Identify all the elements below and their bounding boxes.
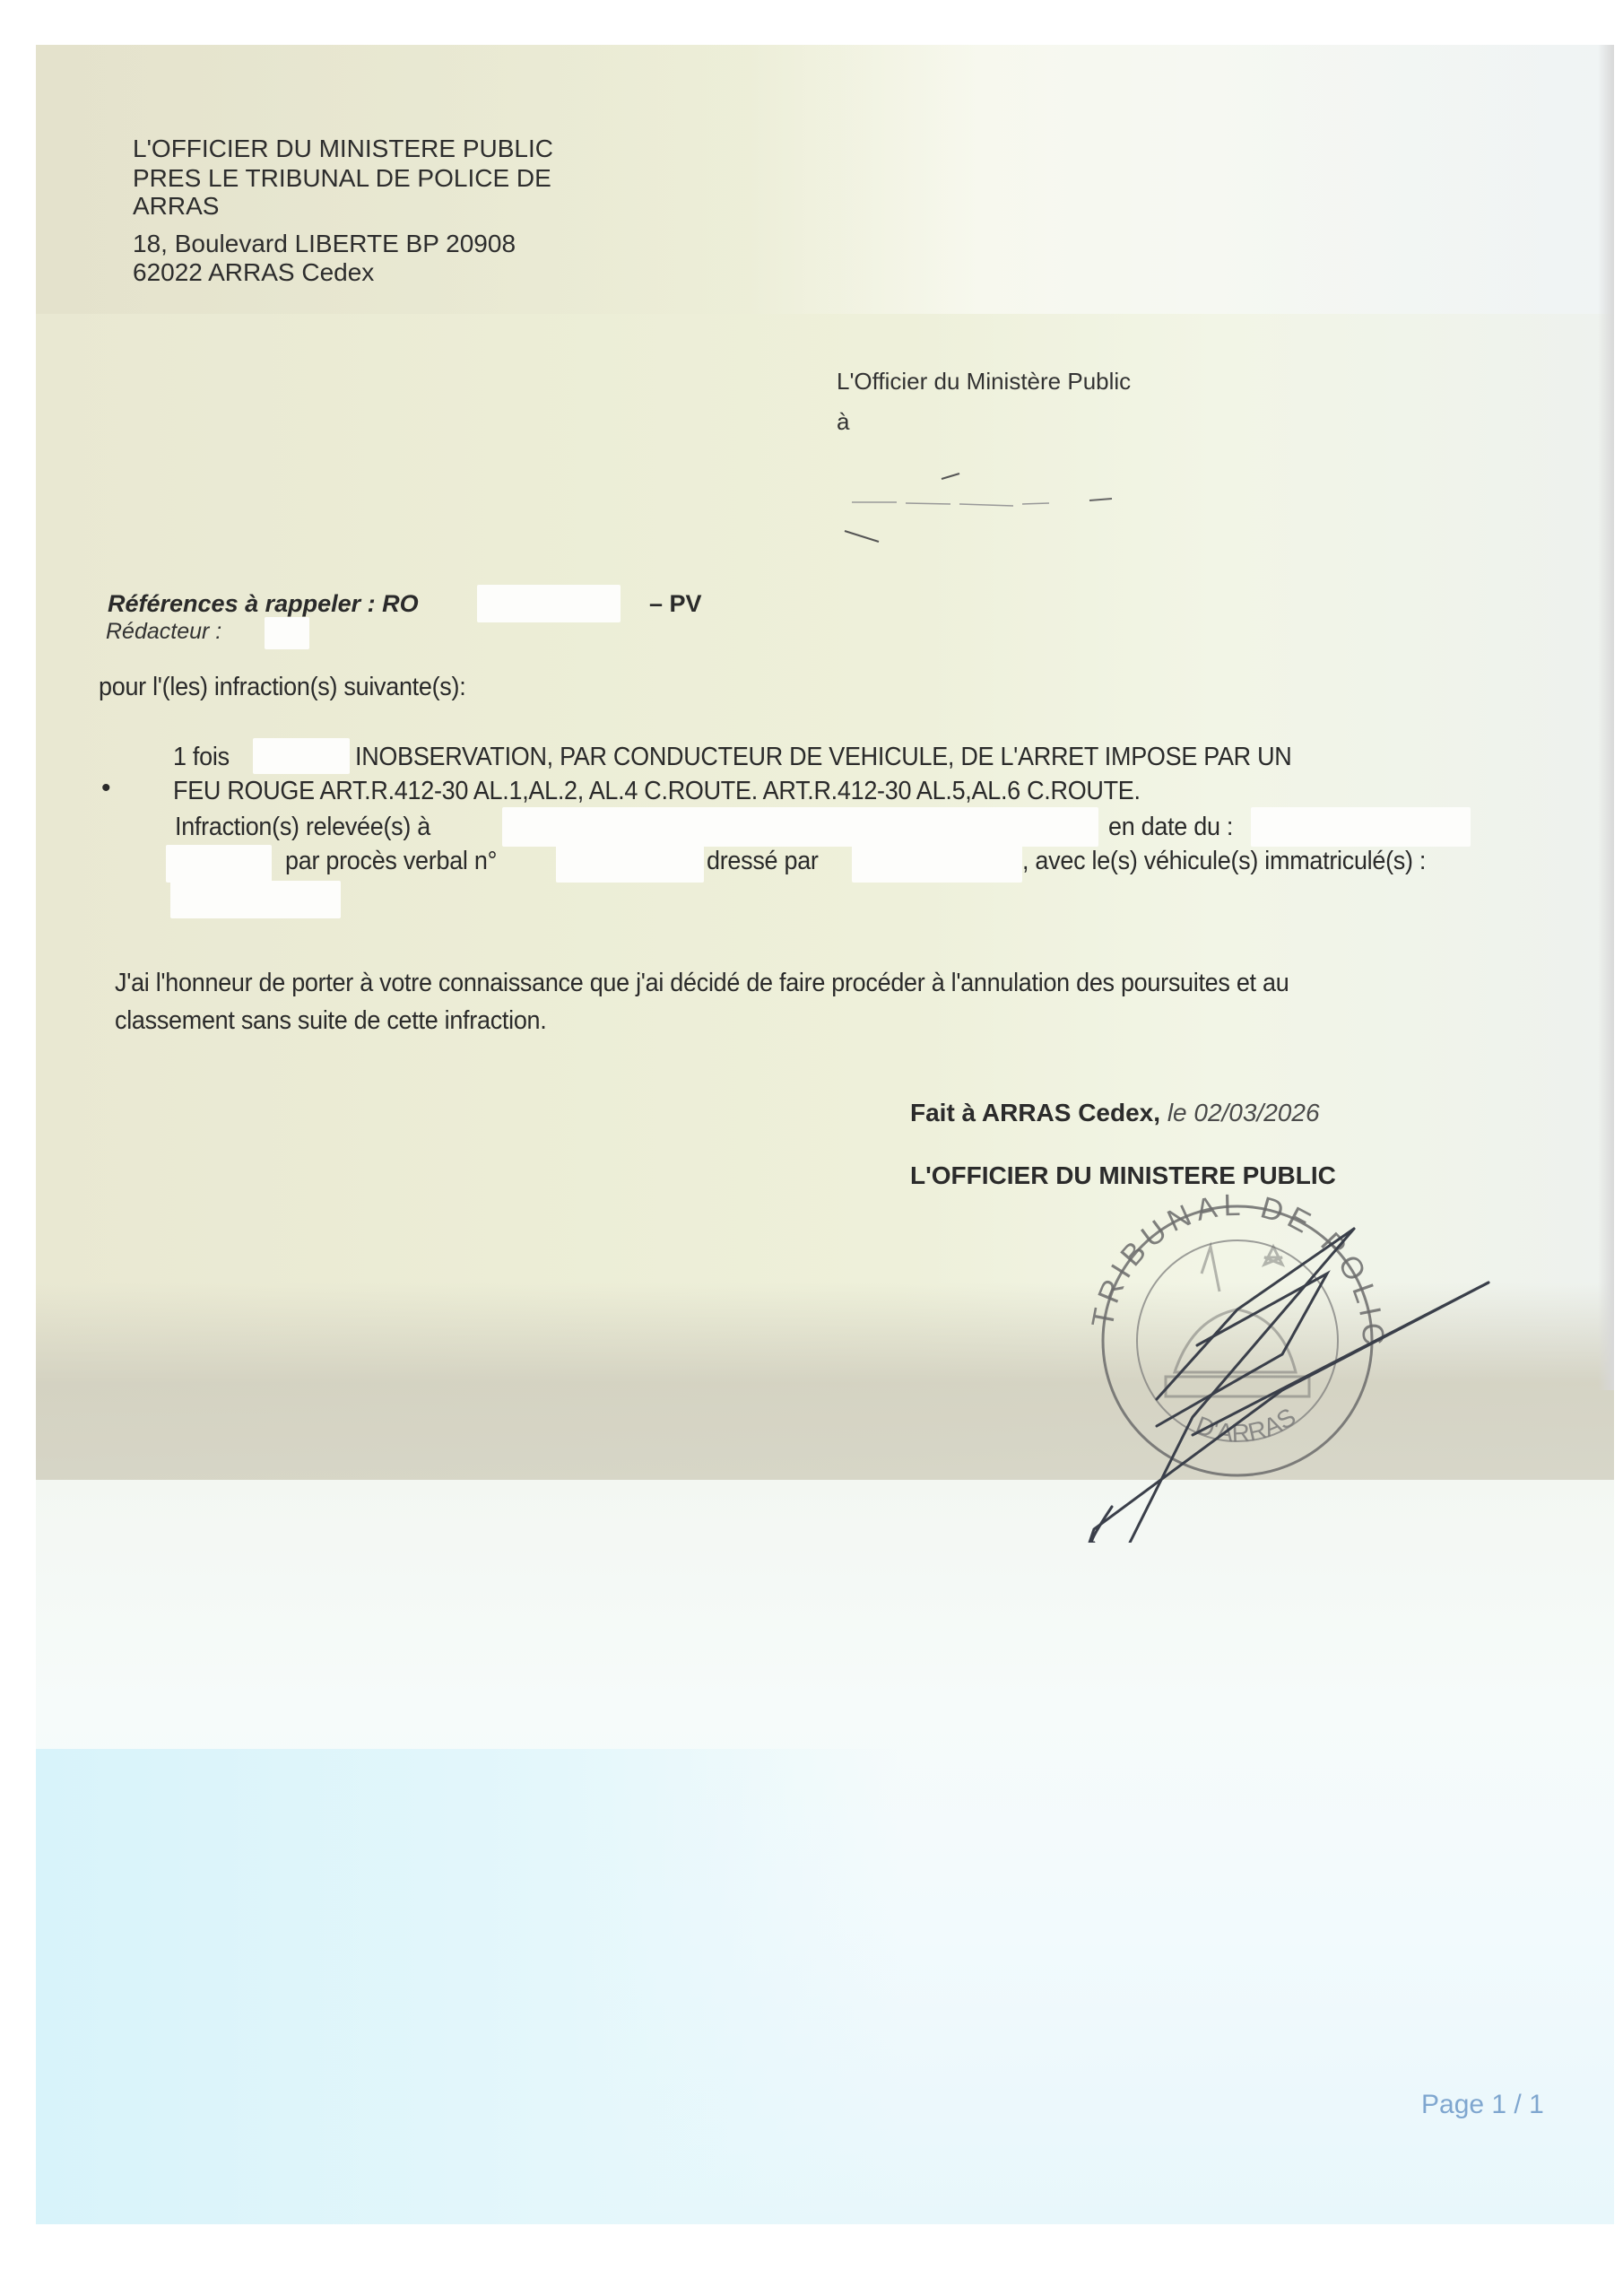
redacted-reference (477, 585, 621, 622)
paragraph-line2: classement sans suite de cette infractio… (115, 1006, 546, 1036)
references-pv: – PV (649, 590, 702, 618)
vehicle-label: , avec le(s) véhicule(s) immatriculé(s) … (1022, 847, 1426, 876)
infraction-description-line2: FEU ROUGE ART.R.412-30 AL.1,AL.2, AL.4 C… (173, 777, 1141, 806)
references-label: Références à rappeler : RO (108, 590, 419, 618)
redacted-field (253, 738, 350, 774)
recipient-to-prefix: à (837, 408, 849, 436)
dresse-par-label: dressé par (707, 847, 819, 876)
infraction-description-line1: INOBSERVATION, PAR CONDUCTEUR DE VEHICUL… (355, 743, 1291, 772)
redacted-location (502, 807, 1098, 847)
infraction-date-label: en date du : (1108, 813, 1233, 842)
bullet-icon: • (101, 773, 111, 804)
paragraph-line1: J'ai l'honneur de porter à votre connais… (115, 969, 1289, 998)
redacted-redacteur (265, 617, 309, 649)
sender-address: 18, Boulevard LIBERTE BP 20908 (133, 230, 516, 258)
redacteur-label: Rédacteur : (106, 619, 221, 645)
infraction-location-label: Infraction(s) relevée(s) à (175, 813, 430, 842)
infraction-count: 1 fois (173, 743, 230, 772)
svg-text:D'ARRAS: D'ARRAS (1192, 1403, 1300, 1448)
pv-number-label: par procès verbal n° (285, 847, 497, 876)
redacted-date (1251, 807, 1471, 847)
paper-lower-tint (36, 1749, 904, 2224)
signature-date: le 02/03/2026 (1167, 1099, 1320, 1126)
scanned-letter (36, 45, 1614, 2224)
signature-place: Fait à ARRAS Cedex, (910, 1099, 1160, 1126)
redacted-agent (852, 843, 1022, 883)
redacted-plate (170, 881, 341, 918)
infractions-intro: pour l'(les) infraction(s) suivante(s): (99, 673, 465, 702)
paper-edge (1598, 45, 1614, 1390)
court-seal-icon: TRIBUNAL DE POLICE D'ARRAS (1058, 1166, 1560, 1543)
redacted-time (166, 845, 272, 883)
page-number: Page 1 / 1 (1421, 2090, 1544, 2120)
sender-city: 62022 ARRAS Cedex (133, 258, 374, 287)
recipient-from: L'Officier du Ministère Public (837, 368, 1131, 396)
sender-line: PRES LE TRIBUNAL DE POLICE DE (133, 164, 551, 193)
sender-line: ARRAS (133, 192, 219, 221)
redacted-address-marks (843, 466, 1130, 547)
redacted-pv-number (556, 843, 704, 883)
sender-line: L'OFFICIER DU MINISTERE PUBLIC (133, 135, 553, 163)
signature-place-date: Fait à ARRAS Cedex, le 02/03/2026 (910, 1099, 1320, 1127)
